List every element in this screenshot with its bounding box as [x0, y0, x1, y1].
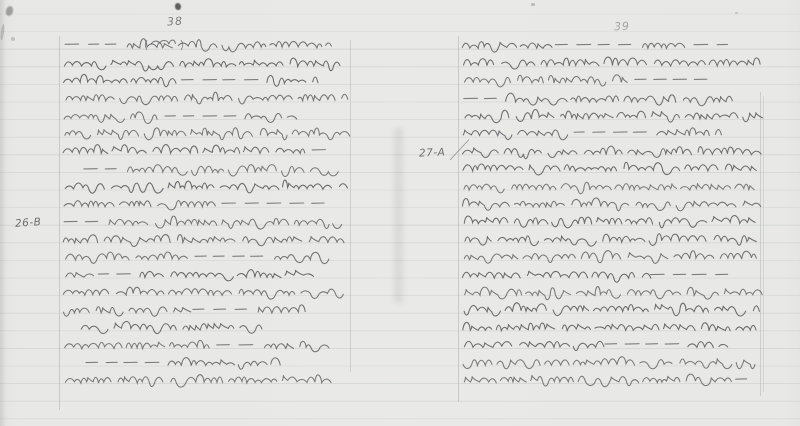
handwriting-layer: [0, 0, 800, 426]
manuscript-scan: 38 39 26-B 27-A: [0, 0, 800, 426]
